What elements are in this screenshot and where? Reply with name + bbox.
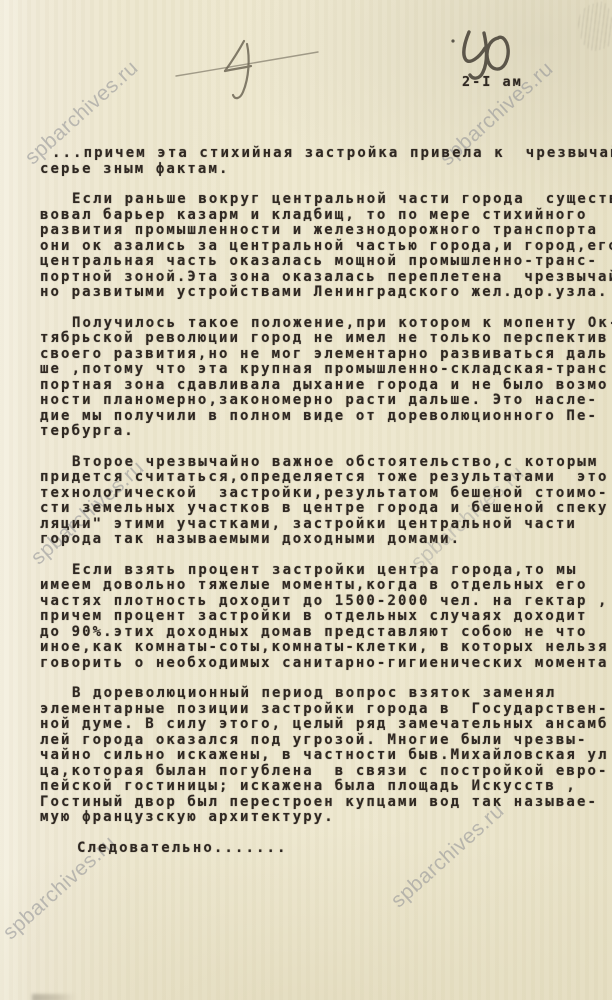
paragraph: Получилось такое положение,при котором к… (40, 316, 612, 440)
edge-smudge (32, 994, 76, 1000)
text-line: серье зным фактам. (40, 162, 612, 178)
text-line: В дореволюционный период вопрос взяток з… (40, 686, 612, 702)
text-line: ше ,потому что эта крупная промышленно-с… (40, 362, 612, 378)
text-line: Если взять процент застройки центра горо… (40, 563, 612, 579)
text-line: вовал барьер казарм и кладбищ, то по мер… (40, 208, 612, 224)
text-line: частях плотность доходит до 1500-2000 че… (40, 594, 612, 610)
text-line: дие мы получили в полном виде от доревол… (40, 409, 612, 425)
scanned-document-page: spbarchives.ru spbarchives.ru spbarchive… (0, 0, 612, 1000)
text-line: города так называемыми доходными домами. (40, 532, 612, 548)
text-line: тербурга. (40, 424, 612, 440)
text-line: пейской гостиницы; искажена была площадь… (40, 779, 612, 795)
text-line: они ок азались за центральной частью гор… (40, 239, 612, 255)
paragraph: В дореволюционный период вопрос взяток з… (40, 686, 612, 826)
handwritten-page-number-4 (225, 41, 251, 98)
text-line: говорить о необходимых санитарно-гигиени… (40, 656, 612, 672)
pencil-strikethrough (176, 52, 318, 76)
paragraph: Если взять процент застройки центра горо… (40, 563, 612, 672)
text-line: портная зона сдавливала дыхание города и… (40, 378, 612, 394)
text-line: центральная часть оказалась мощной промы… (40, 254, 612, 270)
text-line: ной думе. В силу этого, целый ряд замеча… (40, 717, 612, 733)
text-line: но развитыми устройствами Ленинградского… (40, 285, 612, 301)
text-line: тябрьской революции город не имел не тол… (40, 331, 612, 347)
ink-speck (451, 39, 454, 42)
typed-annotation: 2-I ам (462, 74, 523, 90)
typed-text-body: ...причем эта стихийная застройка привел… (40, 146, 612, 871)
text-line: сти земельных участков в центре города и… (40, 501, 612, 517)
text-line: своего развития,но не мог элементарно ра… (40, 347, 612, 363)
text-line: развития промышленности и железнодорожно… (40, 223, 612, 239)
text-line: Получилось такое положение,при котором к… (40, 316, 612, 332)
text-line: лей города оказался под угрозой. Многие … (40, 733, 612, 749)
text-line: чайно сильно искажены, в частности быв.М… (40, 748, 612, 764)
text-line: ца,которая былан погублена в связи с пос… (40, 764, 612, 780)
text-line: иное,как комнаты-соты,комнаты-клетки, в … (40, 640, 612, 656)
stamp-remnant (572, 0, 612, 54)
text-line: придется считаться,определяется тоже рез… (40, 470, 612, 486)
paragraph: Второе чрезвычайно важное обстоятельство… (40, 455, 612, 548)
paragraph: Следовательно....... (40, 841, 612, 857)
paragraph: ...причем эта стихийная застройка привел… (40, 146, 612, 177)
text-line: Гостиный двор был перестроен купцами вод… (40, 795, 612, 811)
text-line: Второе чрезвычайно важное обстоятельство… (40, 455, 612, 471)
text-line: причем процент застройки в отдельных слу… (40, 609, 612, 625)
text-line: ности планомерно,закономерно расти дальш… (40, 393, 612, 409)
text-line: элементарные позиции застройки города в … (40, 702, 612, 718)
text-line: портной зоной.Эта зона оказалась перепле… (40, 270, 612, 286)
text-line: до 90%.этих доходных домав представляют … (40, 625, 612, 641)
text-line: ляции" этими участками, застройки центра… (40, 517, 612, 533)
text-line: Следовательно....... (40, 841, 612, 857)
text-line: мую французскую архитектуру. (40, 810, 612, 826)
text-line: имеем довольно тяжелые моменты,когда в о… (40, 578, 612, 594)
text-line: ...причем эта стихийная застройка привел… (40, 146, 612, 162)
text-line: технологической застройки,результатом бе… (40, 486, 612, 502)
text-line: Если раньше вокруг центральной части гор… (40, 192, 612, 208)
paragraph: Если раньше вокруг центральной части гор… (40, 192, 612, 301)
handwritten-folio-number-40 (464, 32, 508, 78)
